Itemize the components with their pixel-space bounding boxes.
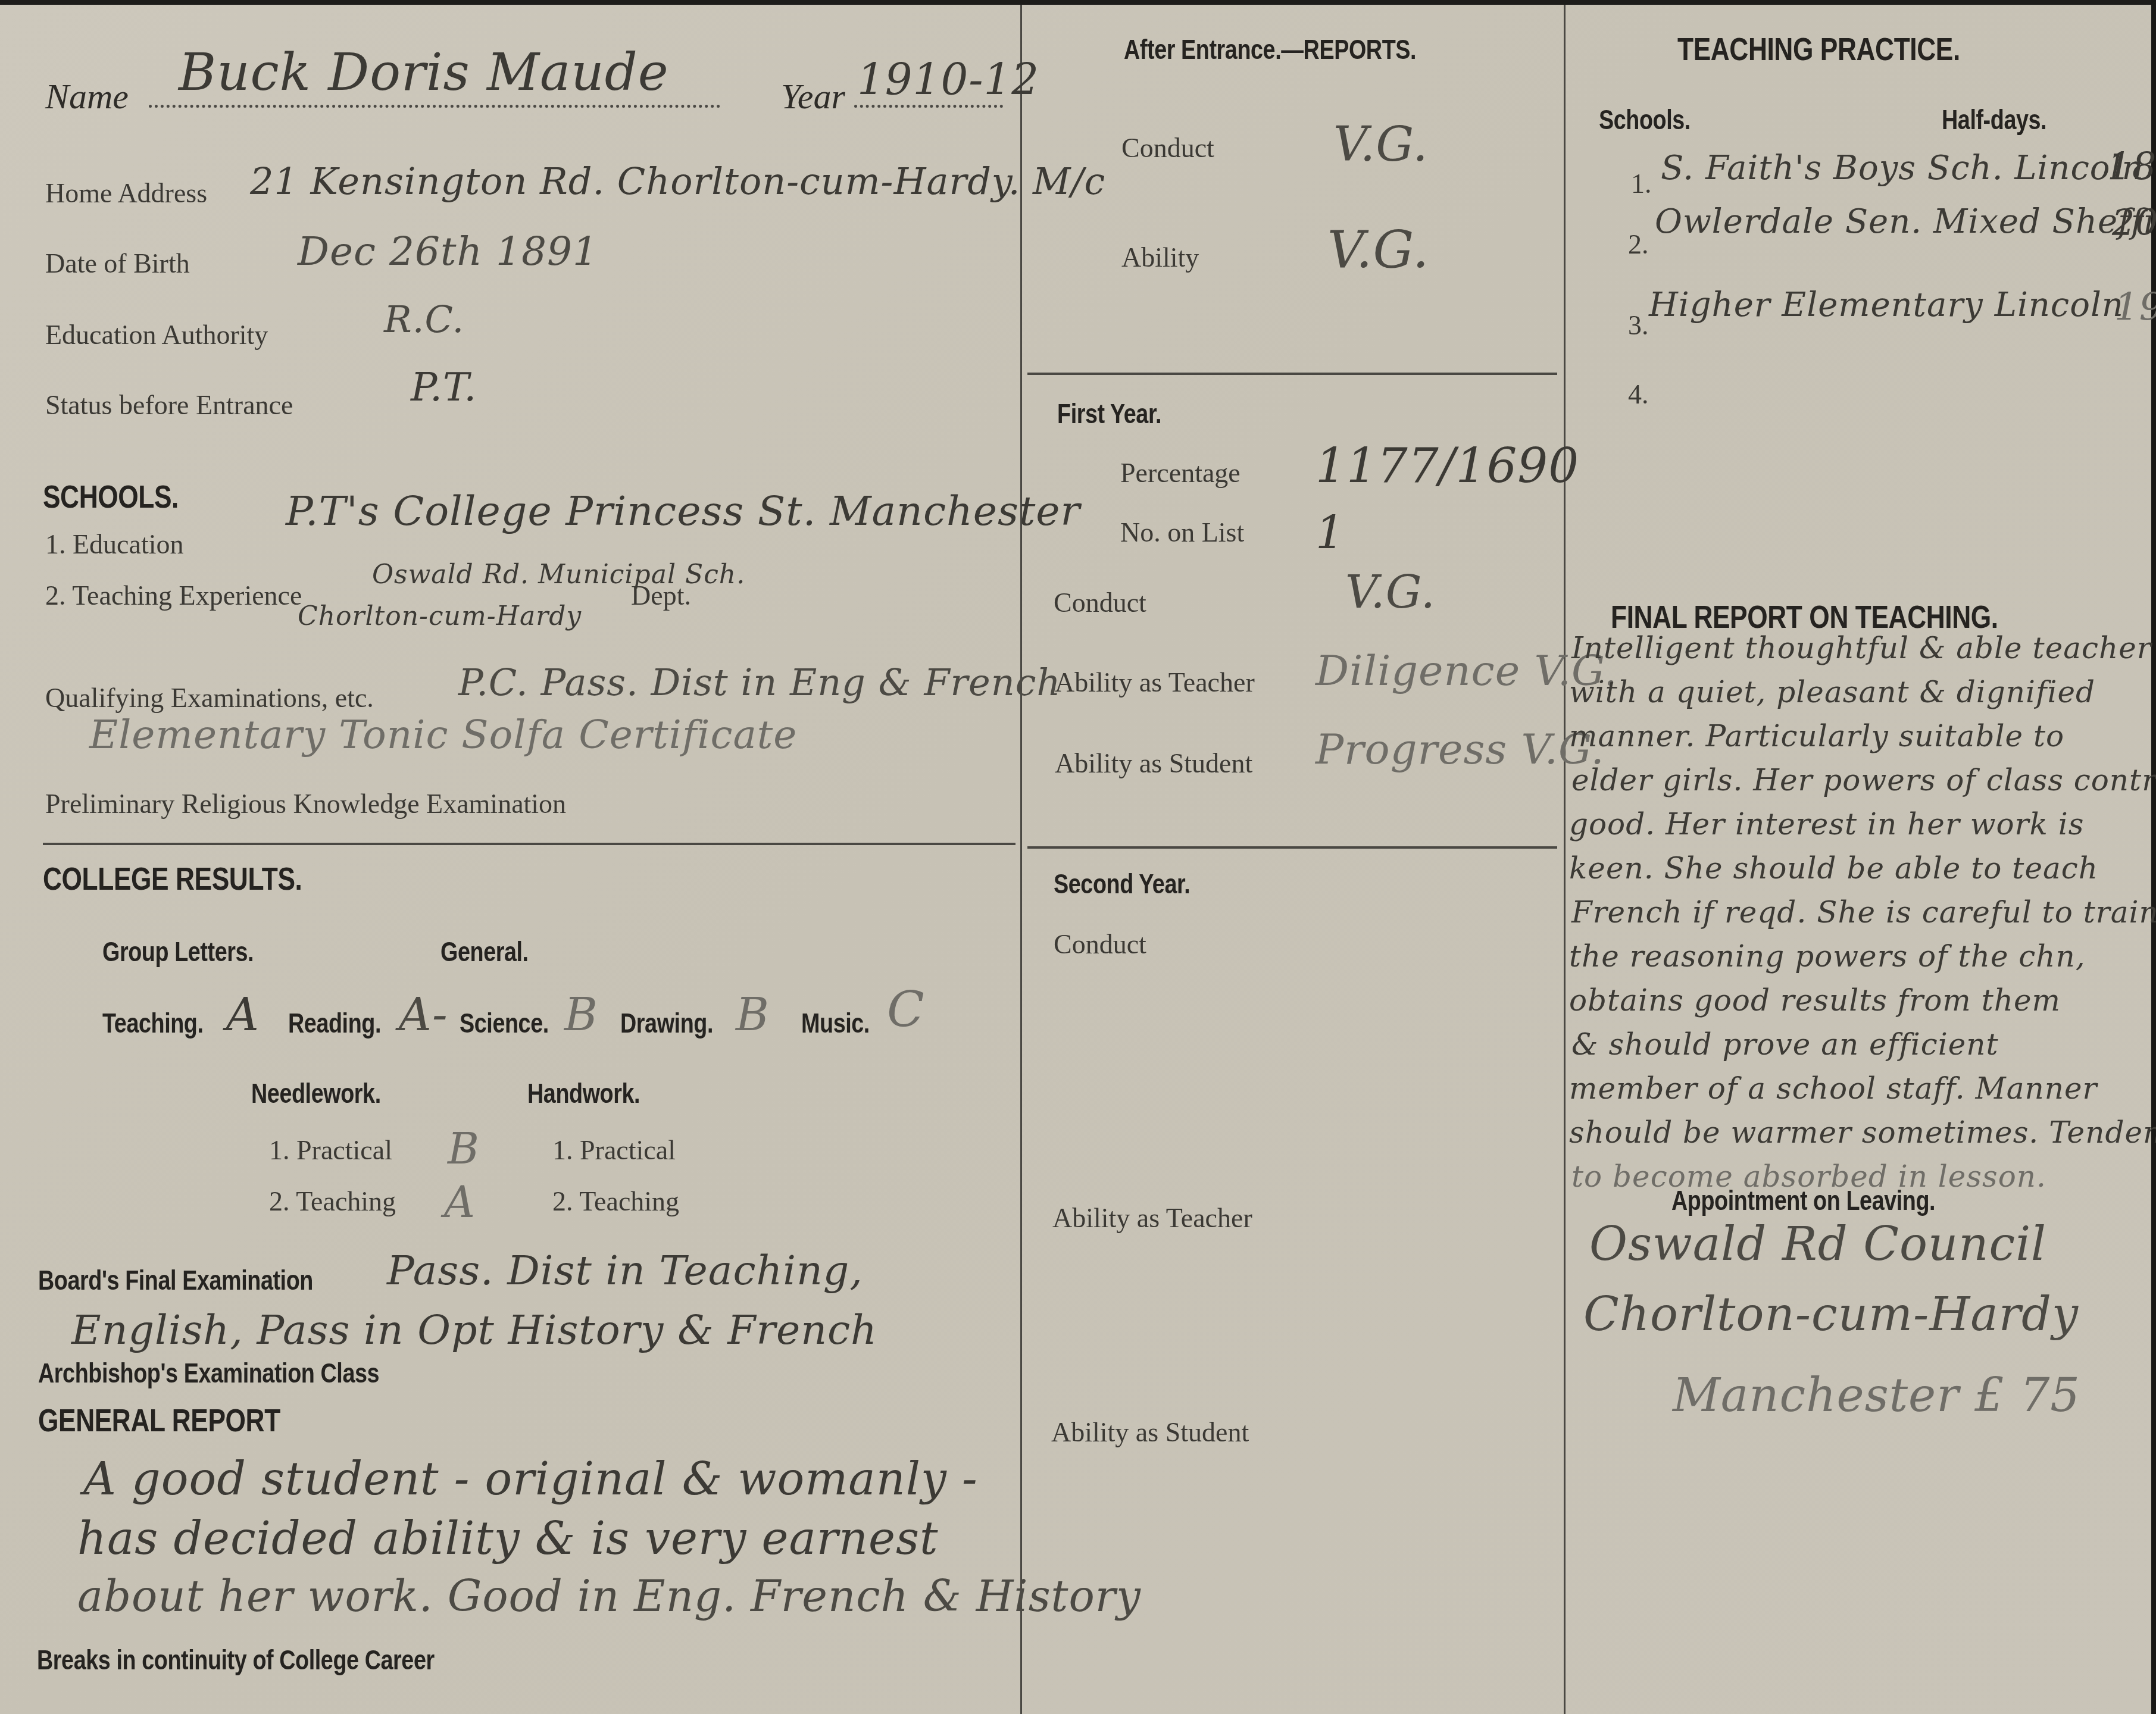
education-authority-label: Education Authority (45, 319, 268, 351)
final-report-line: the reasoning powers of the chn, (1569, 939, 2086, 974)
fy-no-on-list-label: No. on List (1120, 517, 1244, 548)
handwork-practical-label: 1. Practical (552, 1134, 676, 1166)
final-report-line: obtains good results from them (1569, 983, 2061, 1018)
scan-edge-top (0, 0, 2156, 5)
name-label: Name (45, 76, 129, 117)
grade-teaching-label: Teaching. (102, 1007, 204, 1039)
sy-ability-student-label: Ability as Student (1051, 1416, 1249, 1448)
fy-conduct-value: V.G. (1345, 565, 1436, 618)
tp-row-2-num: 2. (1628, 229, 1649, 260)
fy-no-on-list-value: 1 (1316, 506, 1345, 559)
ae-ability-value: V.G. (1327, 220, 1429, 280)
tp-schools-label: Schools. (1599, 104, 1691, 136)
year-label: Year (781, 76, 845, 117)
tp-row-1-halfdays: 18 (2107, 145, 2156, 189)
middle-divider-2 (1027, 846, 1557, 849)
tp-row-1-school: S. Faith's Boys Sch. Lincoln (1661, 149, 2143, 187)
needlework-practical-label: 1. Practical (269, 1134, 392, 1166)
grade-reading-label: Reading. (288, 1007, 381, 1039)
second-year-heading: Second Year. (1054, 868, 1190, 900)
prelim-religious-label: Preliminary Religious Knowledge Examinat… (45, 788, 566, 820)
fy-percentage-value: 1177/1690 (1316, 438, 1579, 493)
left-section-divider (43, 843, 1015, 845)
education-label: 1. Education (45, 528, 184, 560)
education-value: P.T's College Princess St. Manchester (286, 488, 1080, 535)
fy-ability-student-value: Progress V.G. (1316, 725, 1605, 774)
first-year-heading: First Year. (1057, 398, 1161, 430)
final-report-line: manner. Particularly suitable to (1569, 719, 2064, 753)
tp-row-2-halfdays: 20 (2112, 202, 2156, 244)
schools-heading: SCHOOLS. (43, 478, 179, 515)
college-results-heading: COLLEGE RESULTS. (43, 861, 302, 897)
boards-final-label: Board's Final Examination (38, 1264, 313, 1296)
appointment-line-2: Chorlton-cum-Hardy (1583, 1288, 2079, 1341)
sy-conduct-label: Conduct (1054, 928, 1146, 960)
final-report-line: should be warmer sometimes. Tendency (1569, 1115, 2156, 1150)
general-report-line-3: about her work. Good in Eng. French & Hi… (77, 1571, 1141, 1621)
qualifying-value-1: P.C. Pass. Dist in Eng & French (458, 661, 1061, 704)
education-authority-value: R.C. (384, 298, 464, 341)
column-divider-left (1020, 5, 1022, 1714)
general-label: General. (440, 936, 529, 968)
after-entrance-heading: After Entrance.—REPORTS. (1124, 33, 1416, 65)
appointment-heading: Appointment on Leaving. (1671, 1184, 1935, 1216)
year-leader (854, 105, 1003, 108)
ae-conduct-value: V.G. (1333, 117, 1429, 172)
dob-value: Dec 26th 1891 (298, 229, 598, 274)
status-label: Status before Entrance (45, 389, 293, 421)
breaks-label: Breaks in continuity of College Career (37, 1644, 435, 1676)
general-report-heading: GENERAL REPORT (38, 1402, 280, 1439)
tp-row-2-school: Owlerdale Sen. Mixed Sheffield (1655, 202, 2156, 241)
needlework-heading: Needlework. (251, 1077, 381, 1109)
tp-row-3-school: Higher Elementary Lincoln (1649, 286, 2124, 324)
dob-label: Date of Birth (45, 248, 190, 279)
fy-ability-teacher-label: Ability as Teacher (1055, 667, 1255, 698)
needlework-teaching-value: A (444, 1177, 476, 1227)
name-leader (149, 105, 720, 108)
grade-music-label: Music. (801, 1007, 870, 1039)
final-report-line: elder girls. Her powers of class control… (1571, 763, 2156, 797)
appointment-line-1: Oswald Rd Council (1589, 1218, 2046, 1271)
final-report-line: good. Her interest in her work is (1569, 807, 2084, 842)
appointment-line-3: Manchester £ 75 (1673, 1369, 2080, 1422)
column-divider-right (1564, 5, 1566, 1714)
final-report-line: member of a school staff. Manner (1569, 1071, 2097, 1106)
scan-edge-right (2151, 0, 2156, 1714)
group-letters-label: Group Letters. (102, 936, 254, 968)
needlework-teaching-label: 2. Teaching (269, 1186, 396, 1217)
handwork-heading: Handwork. (527, 1077, 640, 1109)
year-value: 1910-12 (857, 55, 1039, 105)
middle-divider-1 (1027, 373, 1557, 375)
grade-drawing-label: Drawing. (620, 1007, 713, 1039)
teaching-experience-value-1: Oswald Rd. Municipal Sch. (372, 559, 745, 590)
ae-ability-label: Ability (1121, 242, 1199, 273)
final-report-line: & should prove an efficient (1571, 1027, 1999, 1062)
grade-reading-value: A- (399, 988, 448, 1041)
boards-final-value-2: English, Pass in Opt History & French (71, 1307, 877, 1354)
teaching-experience-label: 2. Teaching Experience (45, 580, 302, 611)
final-report-line: with a quiet, pleasant & dignified (1569, 675, 2095, 709)
general-report-line-1: A good student - original & womanly - (83, 1452, 978, 1505)
archbishop-label: Archbishop's Examination Class (38, 1357, 379, 1389)
needlework-practical-value: B (448, 1124, 480, 1174)
tp-row-4-num: 4. (1628, 379, 1649, 410)
home-address-value: 21 Kensington Rd. Chorlton-cum-Hardy. M/… (250, 159, 1105, 203)
final-report-line: Intelligent thoughtful & able teacher (1571, 631, 2152, 665)
sy-ability-teacher-label: Ability as Teacher (1052, 1202, 1252, 1234)
qualifying-label: Qualifying Examinations, etc. (45, 682, 374, 714)
tp-row-3-halfdays: 19 (2114, 286, 2156, 330)
teaching-practice-heading: TEACHING PRACTICE. (1677, 31, 1960, 68)
fy-conduct-label: Conduct (1054, 587, 1146, 618)
boards-final-value-1: Pass. Dist in Teaching, (387, 1247, 863, 1294)
handwork-teaching-label: 2. Teaching (552, 1186, 679, 1217)
grade-science-value: B (564, 988, 598, 1041)
grade-teaching-value: A (226, 988, 260, 1041)
fy-percentage-label: Percentage (1120, 457, 1241, 489)
ae-conduct-label: Conduct (1121, 132, 1214, 164)
grade-drawing-value: B (736, 988, 770, 1041)
tp-row-3-num: 3. (1628, 309, 1649, 341)
final-report-line: keen. She should be able to teach (1569, 851, 2098, 886)
home-address-label: Home Address (45, 177, 207, 209)
teaching-experience-value-2: Chorlton-cum-Hardy (298, 601, 582, 631)
fy-ability-student-label: Ability as Student (1055, 747, 1252, 779)
final-report-heading: FINAL REPORT ON TEACHING. (1611, 599, 1998, 636)
tp-row-1-num: 1. (1631, 168, 1652, 199)
final-report-line: French if reqd. She is careful to train (1571, 895, 2156, 930)
name-value: Buck Doris Maude (179, 43, 669, 102)
status-value: P.T. (411, 364, 477, 410)
tp-halfdays-label: Half-days. (1942, 104, 2046, 136)
qualifying-value-2: Elementary Tonic Solfa Certificate (89, 712, 797, 758)
grade-music-value: C (887, 982, 925, 1039)
general-report-line-2: has decided ability & is very earnest (77, 1512, 939, 1565)
grade-science-label: Science. (460, 1007, 549, 1039)
